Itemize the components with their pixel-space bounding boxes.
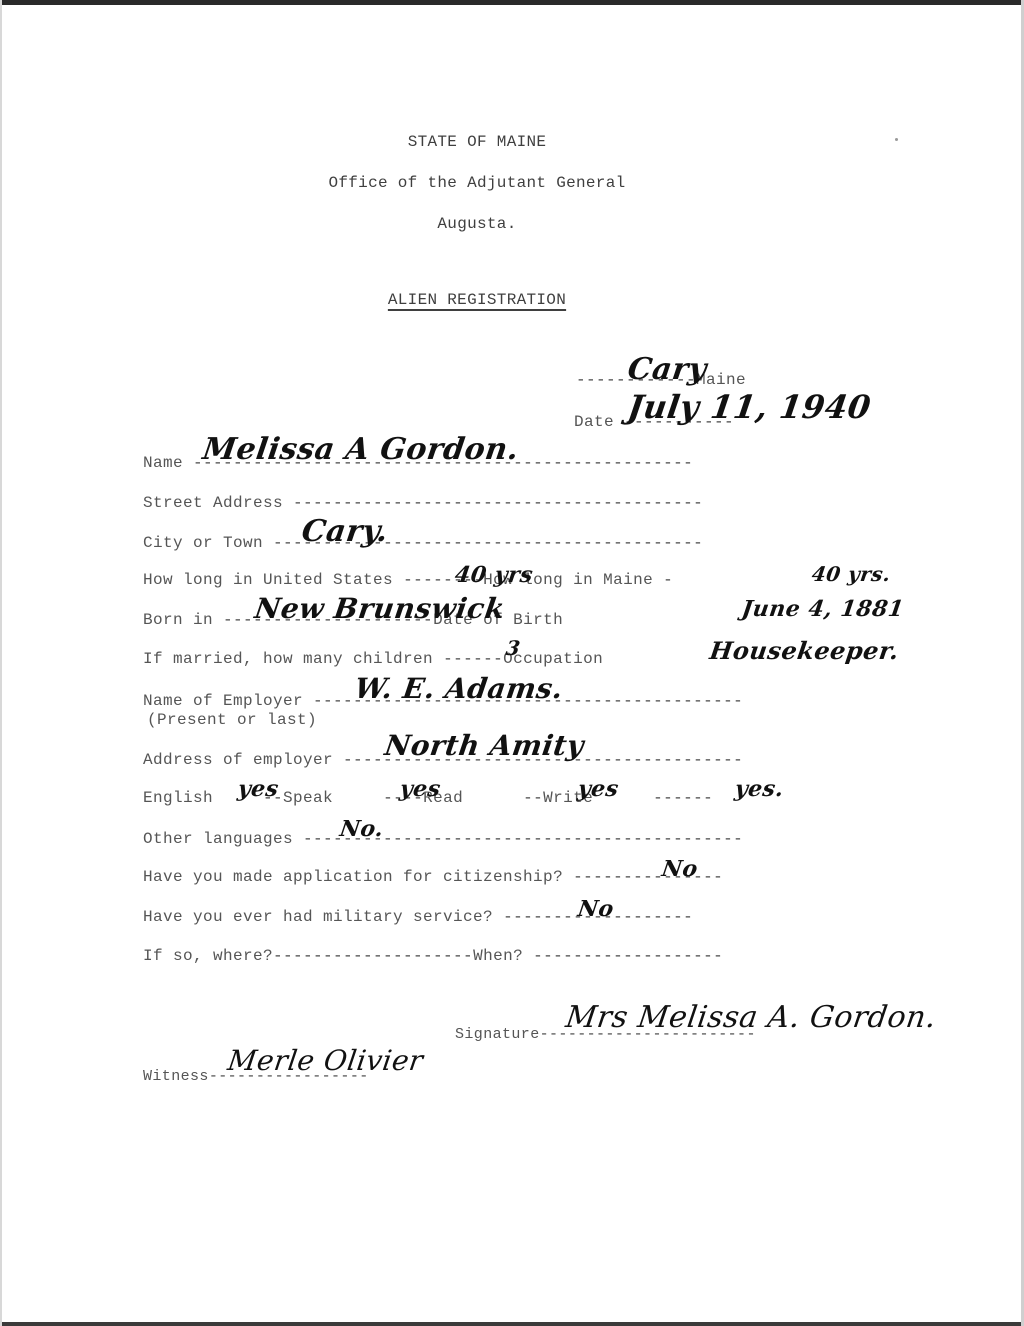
other-languages-value: No. — [338, 816, 385, 842]
street-address-row: Street Address -------------------------… — [143, 494, 703, 512]
citizenship-row: Have you made application for citizenshi… — [143, 868, 723, 886]
children-row: If married, how many children ------Occu… — [143, 650, 603, 668]
office-heading: Office of the Adjutant General — [0, 174, 954, 192]
employer-value: W. E. Adams. — [353, 672, 566, 705]
english-label: English — [143, 789, 213, 807]
military-value: No — [576, 896, 615, 922]
scan-speck — [895, 138, 898, 141]
how-long-us-value: 40 yrs — [453, 562, 535, 588]
scan-bottom-border — [0, 1322, 1024, 1326]
citizenship-value: No — [660, 856, 699, 882]
city-value: Cary. — [300, 514, 391, 549]
employer-address-label: Address of employer — [143, 751, 333, 769]
witness-label: Witness — [143, 1068, 209, 1085]
citizenship-label: Have you made application for citizenshi… — [143, 868, 563, 886]
english-value: yes — [236, 776, 280, 802]
speak-label: Speak — [283, 789, 333, 807]
how-long-maine-value: 40 yrs. — [810, 562, 892, 586]
scan-top-border — [0, 0, 1024, 5]
city-label: City or Town — [143, 534, 263, 552]
speak-value: yes — [398, 776, 442, 802]
signature-label: Signature — [455, 1026, 540, 1043]
employer-label: Name of Employer — [143, 692, 303, 710]
write-value: yes. — [733, 776, 785, 802]
date-value: July 11, 1940 — [625, 388, 873, 426]
name-label: Name — [143, 454, 183, 472]
date-label: Date — [574, 413, 614, 431]
when-label: When? — [473, 947, 523, 965]
how-long-us-label: How long in United States — [143, 571, 393, 589]
name-value: Melissa A Gordon. — [201, 432, 522, 467]
where-when-row: If so, where?--------------------When? -… — [143, 947, 723, 965]
street-address-label: Street Address — [143, 494, 283, 512]
how-long-row: How long in United States --------How lo… — [143, 571, 673, 589]
employer-address-value: North Amity — [383, 729, 586, 762]
state-heading: STATE OF MAINE — [0, 133, 954, 151]
date-of-birth-value: June 4, 1881 — [740, 596, 906, 622]
children-label: If married, how many children — [143, 650, 433, 668]
born-in-value: New Brunswick — [253, 592, 507, 625]
military-label: Have you ever had military service? — [143, 908, 493, 926]
city-heading: Augusta. — [0, 215, 954, 233]
other-languages-label: Other languages — [143, 830, 293, 848]
occupation-value: Housekeeper. — [708, 636, 901, 665]
city-row: City or Town ---------------------------… — [143, 534, 703, 552]
witness-value: Merle Olivier — [226, 1044, 426, 1077]
employer-sublabel: (Present or last) — [147, 711, 317, 729]
town-value: Cary — [626, 352, 709, 387]
born-in-label: Born in — [143, 611, 213, 629]
read-value: yes — [576, 776, 620, 802]
scan-left-edge — [0, 0, 2, 1326]
where-label: If so, where? — [143, 947, 273, 965]
signature-value: Mrs Melissa A. Gordon. — [564, 1000, 939, 1035]
form-title: ALIEN REGISTRATION — [0, 291, 954, 309]
other-languages-row: Other languages ------------------------… — [143, 830, 743, 848]
